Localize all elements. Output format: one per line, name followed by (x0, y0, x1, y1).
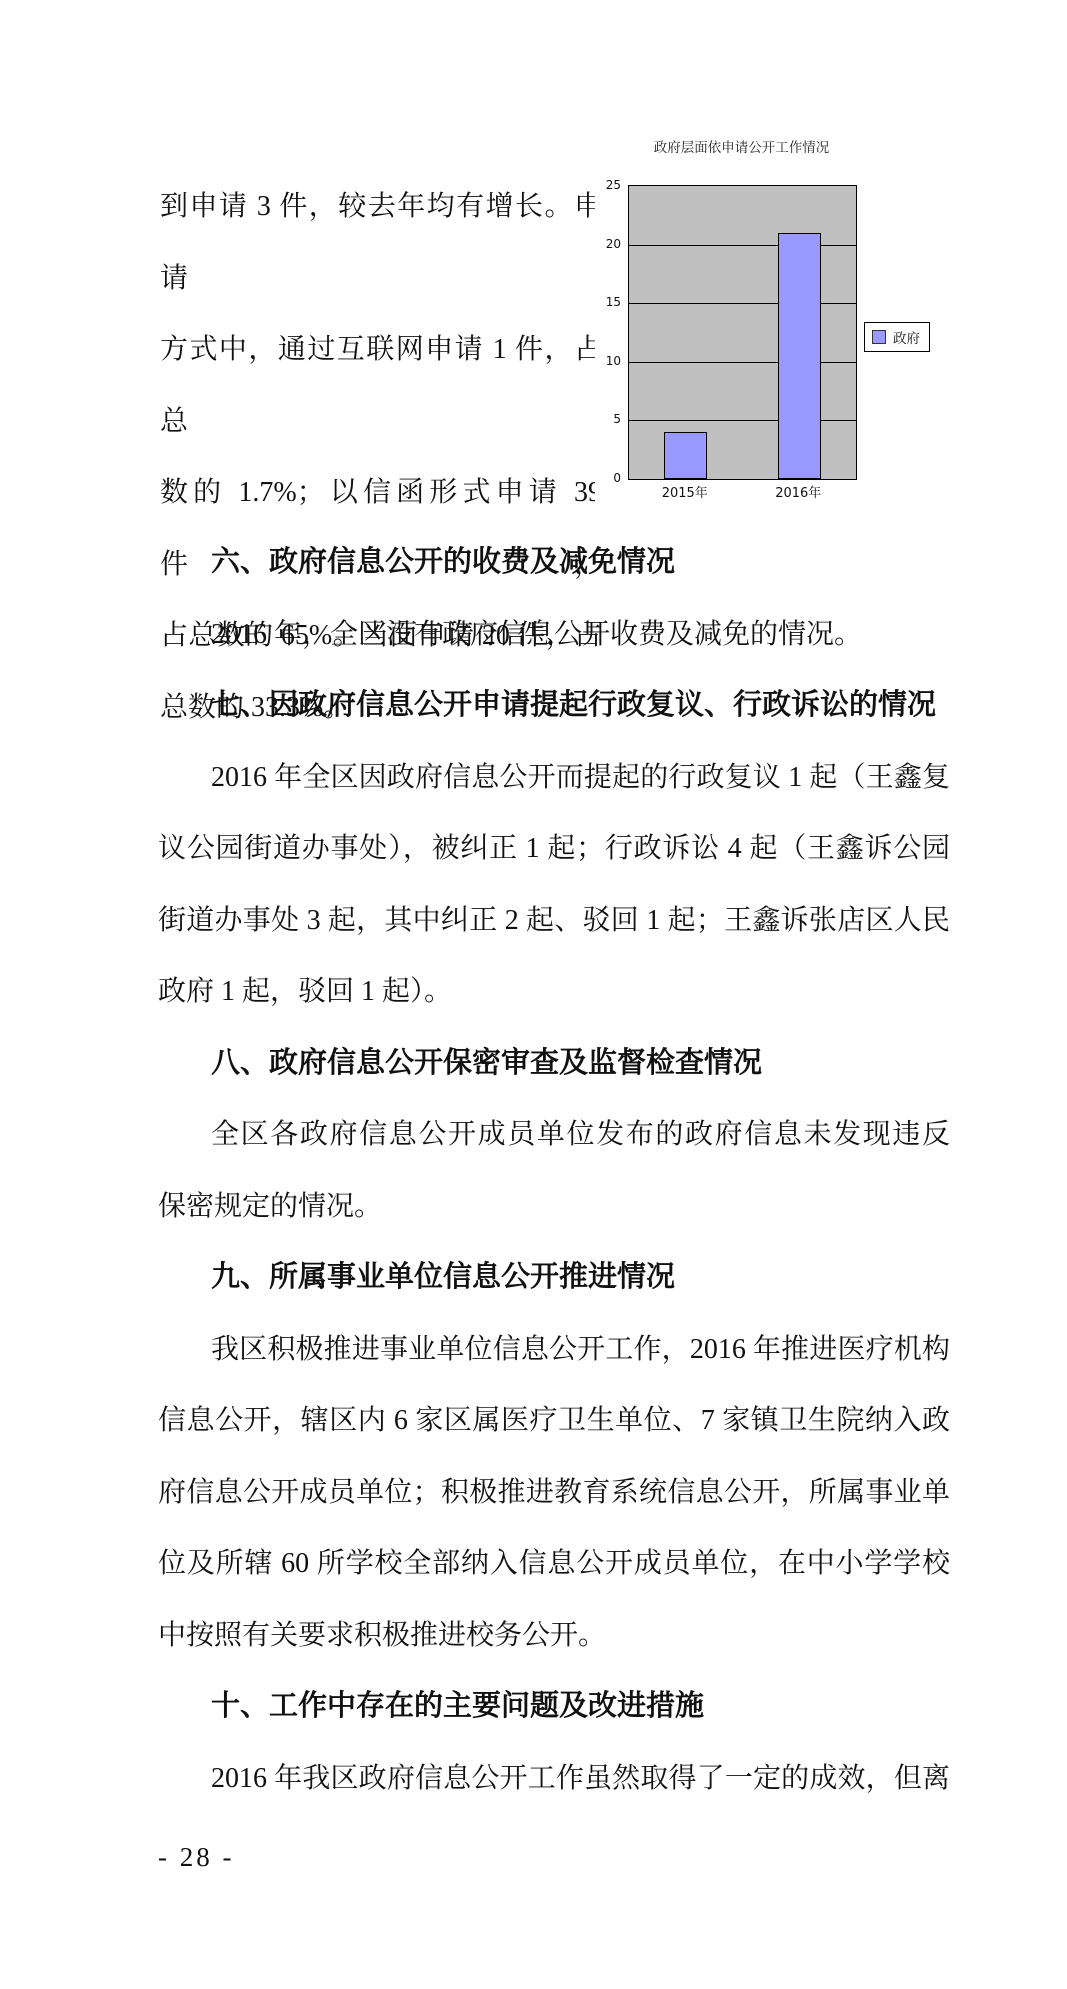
chart-gridline (629, 303, 856, 304)
intro-line: 方式中，通过互联网申请 1 件，占总 (160, 314, 602, 457)
paragraph-line: 我区积极推进事业单位信息公开工作，2016 年推进医疗机构 (158, 1314, 950, 1386)
legend-series-label: 政府 (893, 327, 920, 347)
legend-swatch-icon (872, 330, 886, 344)
chart-bar-2016年 (778, 233, 821, 479)
paragraph-line: 位及所辖 60 所学校全部纳入信息公开成员单位，在中小学学校 (158, 1528, 950, 1600)
paragraph-line: 全区各政府信息公开成员单位发布的政府信息未发现违反 (158, 1099, 950, 1171)
y-axis-tick-label: 10 (595, 354, 621, 368)
y-axis-tick-label: 20 (595, 237, 621, 251)
paragraph-line: 街道办事处 3 起，其中纠正 2 起、驳回 1 起；王鑫诉张店区人民 (158, 885, 950, 957)
paragraph-line: 保密规定的情况。 (158, 1171, 950, 1243)
section-heading: 六、政府信息公开的收费及减免情况 (158, 527, 950, 599)
chart-title: 政府层面依申请公开工作情况 (628, 136, 855, 156)
chart-gridline (629, 362, 856, 363)
bar-chart: 政府层面依申请公开工作情况 0510152025 2015年2016年 政府 (595, 128, 967, 510)
section-heading: 八、政府信息公开保密审查及监督检查情况 (158, 1028, 950, 1100)
document-page: 到申请 3 件，较去年均有增长。申请方式中，通过互联网申请 1 件，占总数的 1… (0, 0, 1067, 1989)
paragraph-line: 2016 年全区因政府信息公开而提起的行政复议 1 起（王鑫复 (158, 742, 950, 814)
paragraph-line: 府信息公开成员单位；积极推进教育系统信息公开，所属事业单 (158, 1457, 950, 1529)
paragraph-line: 中按照有关要求积极推进校务公开。 (158, 1600, 950, 1672)
y-axis-tick-label: 5 (595, 412, 621, 426)
page-number: - 28 - (158, 1842, 234, 1873)
paragraph-line: 2016 年我区政府信息公开工作虽然取得了一定的成效，但离 (158, 1743, 950, 1815)
paragraph-line: 议公园街道办事处），被纠正 1 起；行政诉讼 4 起（王鑫诉公园 (158, 813, 950, 885)
chart-legend: 政府 (864, 322, 930, 352)
chart-plot-area (628, 185, 857, 480)
y-axis-tick-label: 15 (595, 295, 621, 309)
chart-bar-2015年 (664, 432, 707, 479)
y-axis-tick-label: 25 (595, 178, 621, 192)
section-heading: 十、工作中存在的主要问题及改进措施 (158, 1671, 950, 1743)
paragraph-line: 政府 1 起，驳回 1 起）。 (158, 956, 950, 1028)
paragraph-line: 2016 年，全区没有政府信息公开收费及减免的情况。 (158, 599, 950, 671)
section-heading: 九、所属事业单位信息公开推进情况 (158, 1242, 950, 1314)
intro-line: 到申请 3 件，较去年均有增长。申请 (160, 171, 602, 314)
x-axis-tick-label: 2016年 (742, 486, 856, 502)
chart-gridline (629, 420, 856, 421)
paragraph-line: 信息公开，辖区内 6 家区属医疗卫生单位、7 家镇卫生院纳入政 (158, 1385, 950, 1457)
x-axis-tick-label: 2015年 (628, 486, 742, 502)
chart-gridline (629, 245, 856, 246)
y-axis-tick-label: 0 (595, 471, 621, 485)
section-heading: 七、因政府信息公开申请提起行政复议、行政诉讼的情况 (158, 670, 950, 742)
document-body: 六、政府信息公开的收费及减免情况2016 年，全区没有政府信息公开收费及减免的情… (158, 527, 950, 1814)
